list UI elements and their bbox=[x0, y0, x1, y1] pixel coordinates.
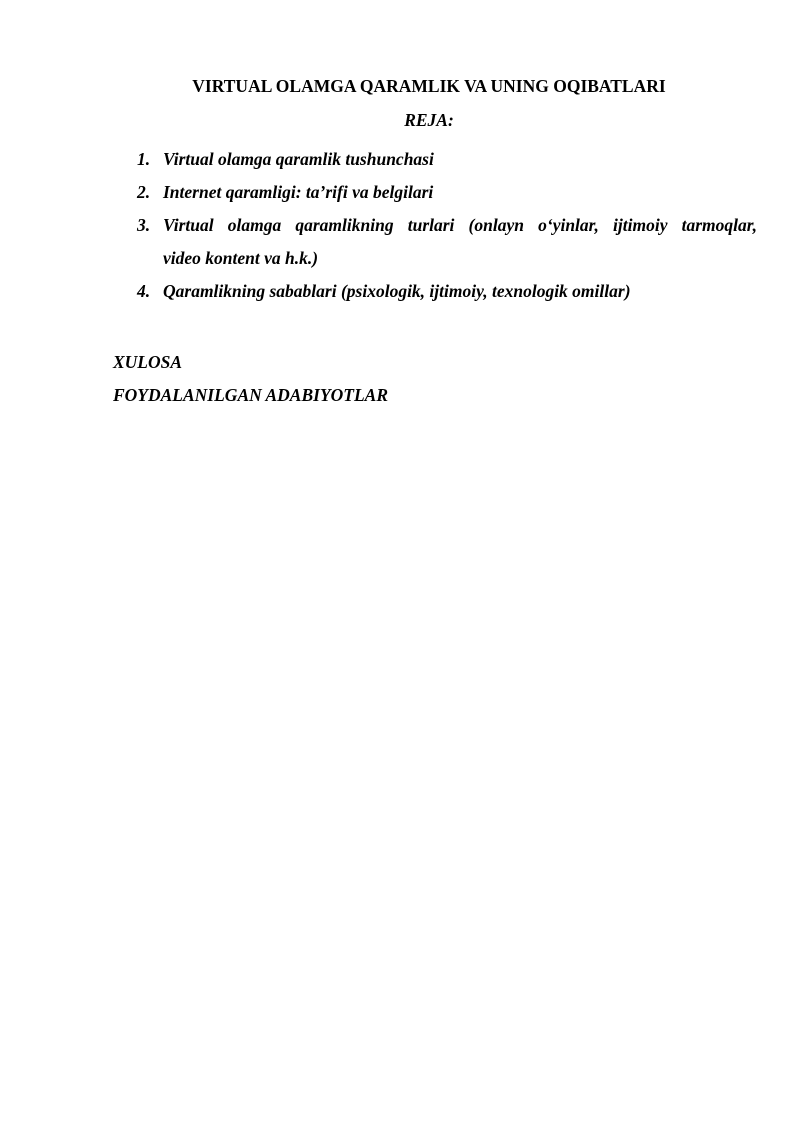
plan-item-number: 2. bbox=[137, 176, 150, 209]
document-title: VIRTUAL OLAMGA QARAMLIK VA UNING OQIBATL… bbox=[0, 76, 800, 97]
conclusion-heading: XULOSA bbox=[113, 352, 182, 373]
plan-item-number: 4. bbox=[137, 275, 150, 308]
plan-item-number: 3. bbox=[137, 209, 150, 242]
plan-heading: REJA: bbox=[0, 110, 800, 131]
plan-list: 1. Virtual olamga qaramlik tushunchasi 2… bbox=[137, 143, 757, 308]
plan-item-number: 1. bbox=[137, 143, 150, 176]
plan-item-text: Qaramlikning sabablari (psixologik, ijti… bbox=[163, 281, 631, 301]
plan-item: 3. Virtual olamga qaramlikning turlari (… bbox=[137, 209, 757, 275]
plan-item: 2. Internet qaramligi: ta’rifi va belgil… bbox=[137, 176, 757, 209]
references-heading: FOYDALANILGAN ADABIYOTLAR bbox=[113, 385, 388, 406]
plan-item-text-line1: Virtual olamga qaramlikning turlari (onl… bbox=[163, 209, 757, 242]
plan-item: 4. Qaramlikning sabablari (psixologik, i… bbox=[137, 275, 757, 308]
plan-item: 1. Virtual olamga qaramlik tushunchasi bbox=[137, 143, 757, 176]
plan-item-text: Virtual olamga qaramlik tushunchasi bbox=[163, 149, 434, 169]
plan-item-text-line2: video kontent va h.k.) bbox=[163, 248, 318, 268]
plan-item-text: Internet qaramligi: ta’rifi va belgilari bbox=[163, 182, 433, 202]
